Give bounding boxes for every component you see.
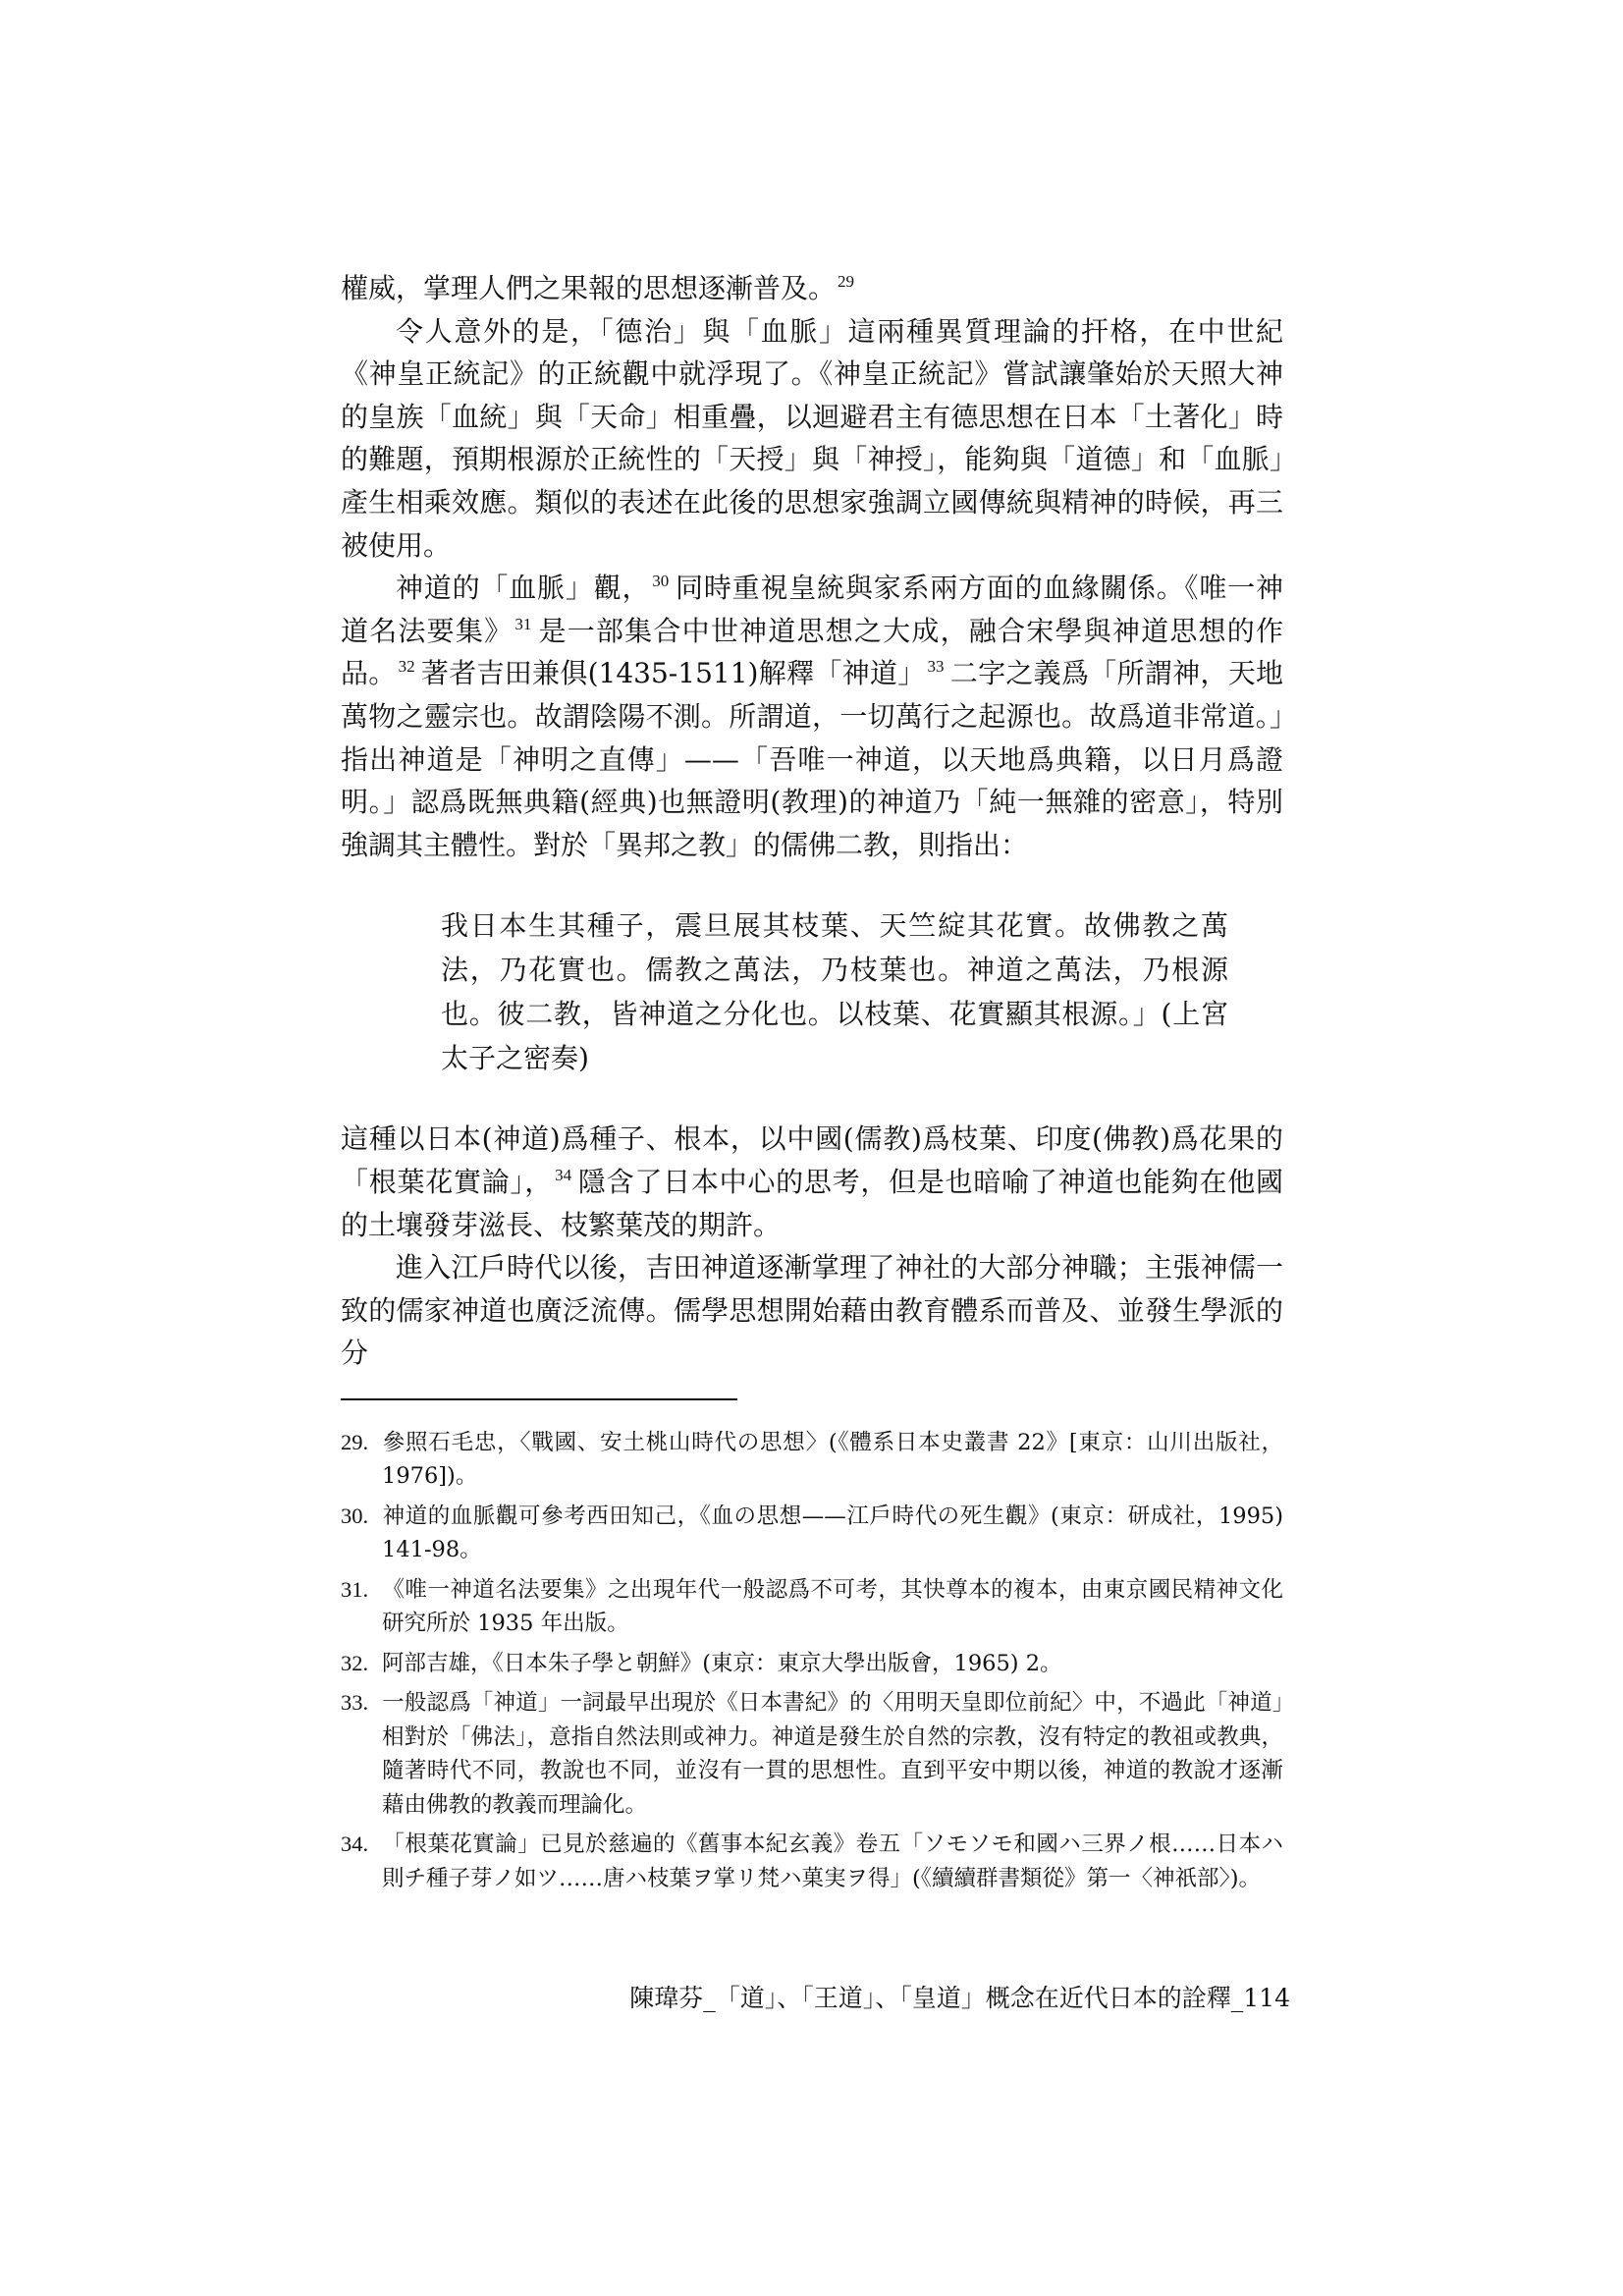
paragraph-p3: 神道的「血脈」觀，30同時重視皇統與家系兩方面的血緣關係。《唯一神道名法要集》3… [341, 567, 1283, 866]
footnote-ref-30[interactable]: 30 [652, 572, 669, 590]
text: 神道的「血脈」觀， [396, 572, 650, 604]
footnote-number: 29. [341, 1426, 382, 1460]
text: 權威，掌理人們之果報的思想逐漸普及。 [341, 272, 836, 304]
text: 著者吉田兼俱(1435-1511)解釋「神道」 [421, 657, 926, 689]
footnote-30: 30.神道的血脈觀可參考西田知己，《血の思想——江戶時代の死生觀》(東京：研成社… [341, 1500, 1283, 1567]
page-body: 權威，掌理人們之果報的思想逐漸普及。29 令人意外的是，「德治」與「血脈」這兩種… [341, 267, 1283, 1901]
footnote-text: 《唯一神道名法要集》之出現年代一般認爲不可考，其快尊本的複本，由東京國民精神文化… [382, 1577, 1283, 1637]
footnote-ref-31[interactable]: 31 [514, 615, 531, 633]
footnote-ref-34[interactable]: 34 [555, 1166, 571, 1184]
footnote-ref-29[interactable]: 29 [838, 272, 854, 291]
paragraph-p4: 這種以日本(神道)爲種子、根本，以中國(儒教)爲枝葉、印度(佛教)爲花果的「根葉… [341, 1118, 1283, 1246]
footnote-divider [341, 1398, 737, 1400]
block-quote: 我日本生其種子，震旦展其枝葉、天竺綻其花實。故佛教之萬法，乃花實也。儒教之萬法，… [441, 903, 1228, 1080]
paragraph-p1: 權威，掌理人們之果報的思想逐漸普及。29 [341, 267, 1283, 310]
text: 令人意外的是，「德治」與「血脈」這兩種異質理論的扞格，在中世紀《神皇正統記》的正… [341, 315, 1283, 562]
footnote-29: 29.參照石毛忠，〈戰國、安土桃山時代の思想〉(《體系日本史叢書 22》[東京：… [341, 1426, 1283, 1494]
footnote-text: 阿部吉雄，《日本朱子學と朝鮮》(東京：東京大學出版會，1965) 2。 [382, 1651, 1062, 1676]
paragraph-p2: 令人意外的是，「德治」與「血脈」這兩種異質理論的扞格，在中世紀《神皇正統記》的正… [341, 310, 1283, 568]
footnote-ref-33[interactable]: 33 [928, 657, 945, 676]
footnote-31: 31.《唯一神道名法要集》之出現年代一般認爲不可考，其快尊本的複本，由東京國民精… [341, 1573, 1283, 1641]
footnote-number: 31. [341, 1573, 382, 1608]
footnotes: 29.參照石毛忠，〈戰國、安土桃山時代の思想〉(《體系日本史叢書 22》[東京：… [341, 1426, 1283, 1896]
paragraph-p5: 進入江戶時代以後，吉田神道逐漸掌理了神社的大部分神職；主張神儒一致的儒家神道也廣… [341, 1246, 1283, 1375]
footnote-number: 32. [341, 1647, 382, 1681]
footnote-number: 34. [341, 1828, 382, 1862]
footnote-33: 33.一般認爲「神道」一詞最早出現於《日本書紀》的〈用明天皇即位前紀〉中，不過此… [341, 1686, 1283, 1822]
footnote-34: 34.「根葉花實論」已見於慈遍的《舊事本紀玄義》卷五「ソモソモ和國ハ三界ノ根……… [341, 1828, 1283, 1895]
footnote-number: 30. [341, 1500, 382, 1534]
running-footer: 陳瑋芬_「道」、「王道」、「皇道」概念在近代日本的詮釋_114 [629, 1983, 1290, 2014]
footnote-ref-32[interactable]: 32 [399, 657, 415, 676]
footnote-text: 參照石毛忠，〈戰國、安土桃山時代の思想〉(《體系日本史叢書 22》[東京：山川出… [382, 1430, 1283, 1490]
footnote-text: 一般認爲「神道」一詞最早出現於《日本書紀》的〈用明天皇即位前紀〉中，不過此「神道… [382, 1690, 1283, 1818]
footnote-text: 「根葉花實論」已見於慈遍的《舊事本紀玄義》卷五「ソモソモ和國ハ三界ノ根……日本ハ… [382, 1831, 1283, 1891]
footnote-32: 32.阿部吉雄，《日本朱子學と朝鮮》(東京：東京大學出版會，1965) 2。 [341, 1647, 1283, 1681]
footnote-text: 神道的血脈觀可參考西田知己，《血の思想——江戶時代の死生觀》(東京：研成社，19… [382, 1503, 1283, 1563]
text: 進入江戶時代以後，吉田神道逐漸掌理了神社的大部分神職；主張神儒一致的儒家神道也廣… [341, 1251, 1283, 1369]
footnote-number: 33. [341, 1686, 382, 1721]
